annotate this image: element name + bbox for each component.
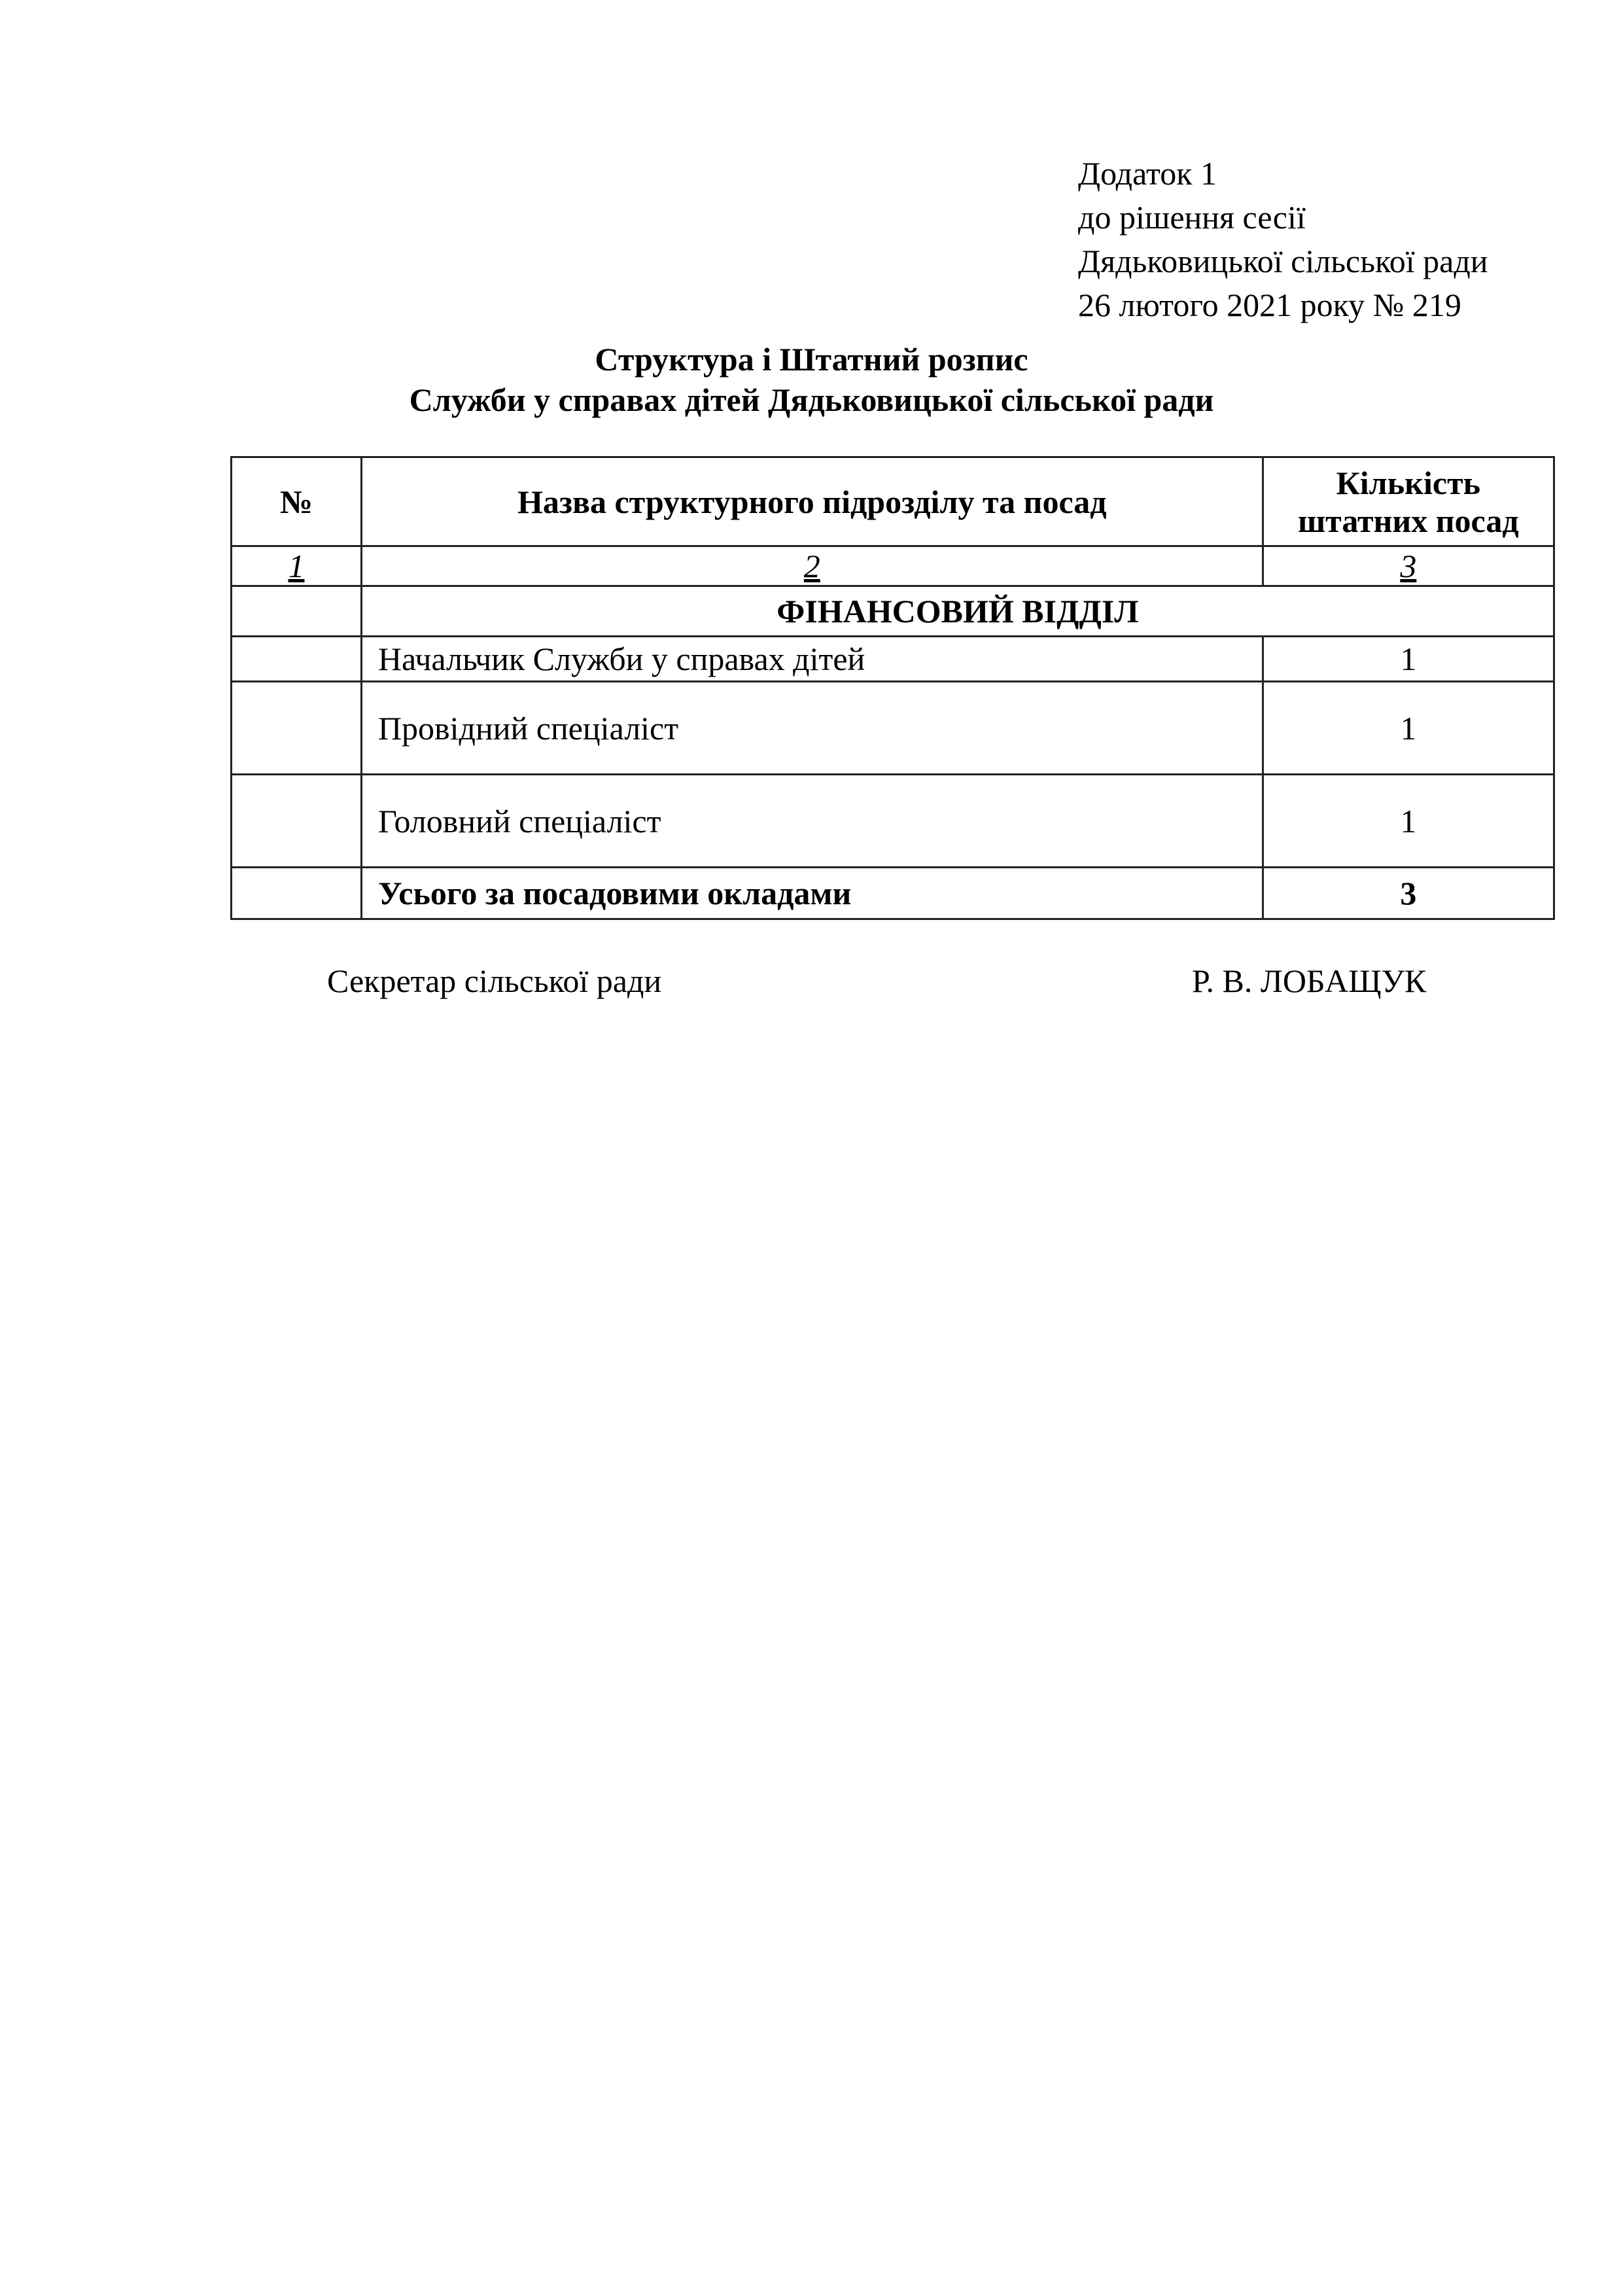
section-row: ФІНАНСОВИЙ ВІДДІЛ <box>232 586 1554 637</box>
column-index-1: 1 <box>232 546 362 586</box>
row-number <box>232 775 362 868</box>
column-index-3: 3 <box>1263 546 1554 586</box>
row-position: Головний спеціаліст <box>361 775 1263 868</box>
header-count-line-1: Кількість <box>1264 464 1553 502</box>
section-number-cell <box>232 586 362 637</box>
annex-council: Дядьковицької сільської ради <box>1078 239 1488 283</box>
column-index-2-text: 2 <box>804 548 820 584</box>
signature-name: Р. В. ЛОБАЩУК <box>1192 962 1426 1000</box>
annex-decision: до рішення сесії <box>1078 196 1488 239</box>
row-count: 1 <box>1263 637 1554 682</box>
table-row: Начальчик Служби у справах дітей 1 <box>232 637 1554 682</box>
header-name: Назва структурного підрозділу та посад <box>361 457 1263 546</box>
title-line-2: Служби у справах дітей Дядьковицької сіл… <box>0 380 1623 420</box>
title-line-1: Структура і Штатний розпис <box>0 339 1623 380</box>
signature-role: Секретар сільської ради <box>327 962 661 1000</box>
staff-table: № Назва структурного підрозділу та посад… <box>230 456 1555 920</box>
document-title: Структура і Штатний розпис Служби у спра… <box>0 339 1623 420</box>
total-row: Усього за посадовими окладами 3 <box>232 868 1554 919</box>
row-number <box>232 682 362 775</box>
header-count-line-2: штатних посад <box>1264 502 1553 540</box>
annex-date: 26 лютого 2021 року № 219 <box>1078 283 1488 327</box>
total-count: 3 <box>1263 868 1554 919</box>
header-count: Кількість штатних посад <box>1263 457 1554 546</box>
row-position: Провідний спеціаліст <box>361 682 1263 775</box>
table-row: Головний спеціаліст 1 <box>232 775 1554 868</box>
row-count: 1 <box>1263 775 1554 868</box>
section-name: ФІНАНСОВИЙ ВІДДІЛ <box>361 586 1554 637</box>
annex-number: Додаток 1 <box>1078 152 1488 196</box>
annex-block: Додаток 1 до рішення сесії Дядьковицької… <box>1078 152 1488 327</box>
column-index-row: 1 2 3 <box>232 546 1554 586</box>
table-header-row: № Назва структурного підрозділу та посад… <box>232 457 1554 546</box>
column-index-3-text: 3 <box>1400 548 1416 584</box>
total-label: Усього за посадовими окладами <box>361 868 1263 919</box>
header-number: № <box>232 457 362 546</box>
row-number <box>232 637 362 682</box>
total-number-cell <box>232 868 362 919</box>
row-count: 1 <box>1263 682 1554 775</box>
table-row: Провідний спеціаліст 1 <box>232 682 1554 775</box>
row-position: Начальчик Служби у справах дітей <box>361 637 1263 682</box>
column-index-2: 2 <box>361 546 1263 586</box>
column-index-1-text: 1 <box>288 548 304 584</box>
